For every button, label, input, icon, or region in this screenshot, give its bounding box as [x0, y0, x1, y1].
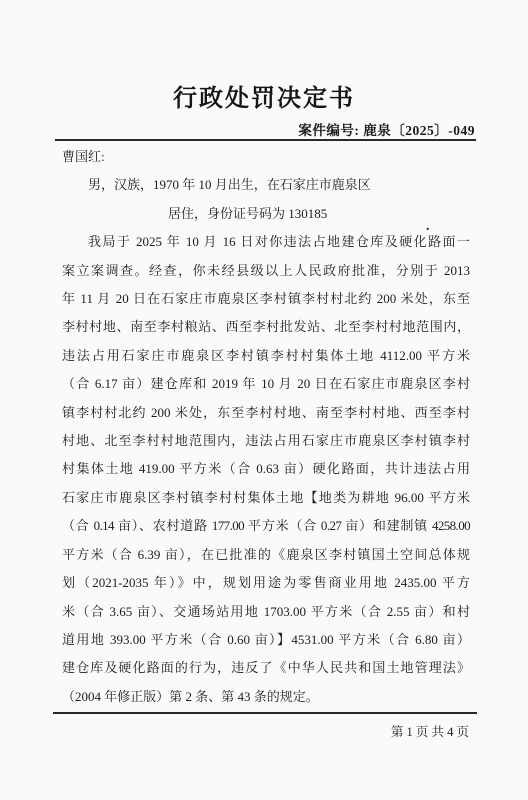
case-number: 案件编号: 鹿泉〔2025〕-049 — [298, 119, 475, 139]
body-line: 划（2021-2035 年）》中，规划用途为零售商业用地 2435.00 平方 — [62, 569, 470, 597]
body-line: 李村村地、南至李村粮站、西至李村批发站、北至李村村地范围内， — [62, 313, 470, 341]
body-line: 违法占用石家庄市鹿泉区李村镇李村村集体土地 4112.00 平方米 — [62, 342, 470, 370]
body-line: 居住，身份证号码为 130185 — [62, 200, 470, 228]
body-line: 石家庄市鹿泉区李村镇李村村集体土地【地类为耕地 96.00 平方米 — [62, 484, 470, 512]
body-line: 村集体土地 419.00 平方米（合 0.63 亩）硬化路面，共计违法占用 — [62, 455, 470, 483]
body-line: （合 0.14 亩）、农村道路 177.00 平方米（合 0.27 亩）和建制镇… — [62, 512, 470, 540]
document-body: 曹国红: 男，汉族，1970 年 10 月出生，在石家庄市鹿泉区 居住，身份证号… — [62, 143, 470, 711]
document-page: 行政处罚决定书 案件编号: 鹿泉〔2025〕-049 曹国红: 男，汉族，197… — [0, 0, 528, 800]
header-divider — [55, 139, 476, 141]
body-line: 村地、北至李村村地范围内，违法占用石家庄市鹿泉区李村镇李村 — [62, 427, 470, 455]
body-line: 镇李村村北约 200 米处，东至李村村地、南至李村村地、西至李村 — [62, 399, 470, 427]
recipient-name: 曹国红: — [62, 143, 470, 171]
page-title: 行政处罚决定书 — [0, 78, 528, 113]
page-number: 第 1 页 共 4 页 — [391, 722, 469, 740]
body-line: 我局于 2025 年 10 月 16 日对你违法占地建仓库及硬化路面一 — [62, 228, 470, 256]
body-line: 案立案调查。经查，你未经县级以上人民政府批准，分别于 2013 — [62, 257, 470, 285]
body-line: （2004 年修正版）第 2 条、第 43 条的规定。 — [62, 683, 470, 711]
body-line: （合 6.17 亩）建仓库和 2019 年 10 月 20 日在石家庄市鹿泉区李… — [62, 370, 470, 398]
body-line: 米（合 3.65 亩）、交通场站用地 1703.00 平方米（合 2.55 亩）… — [62, 598, 470, 626]
body-line: 道用地 393.00 平方米（合 0.60 亩）】4531.00 平方米（合 6… — [62, 626, 470, 654]
body-line: 男，汉族，1970 年 10 月出生，在石家庄市鹿泉区 — [62, 171, 470, 199]
redaction-period-mark: . — [426, 213, 430, 241]
body-line: 年 11 月 20 日在石家庄市鹿泉区李村镇李村村北约 200 米处，东至 — [62, 285, 470, 313]
footer-divider — [53, 712, 477, 714]
body-line: 平方米（合 6.39 亩），在已批准的《鹿泉区李村镇国土空间总体规 — [62, 541, 470, 569]
body-line: 建仓库及硬化路面的行为，违反了《中华人民共和国土地管理法》 — [62, 654, 470, 682]
